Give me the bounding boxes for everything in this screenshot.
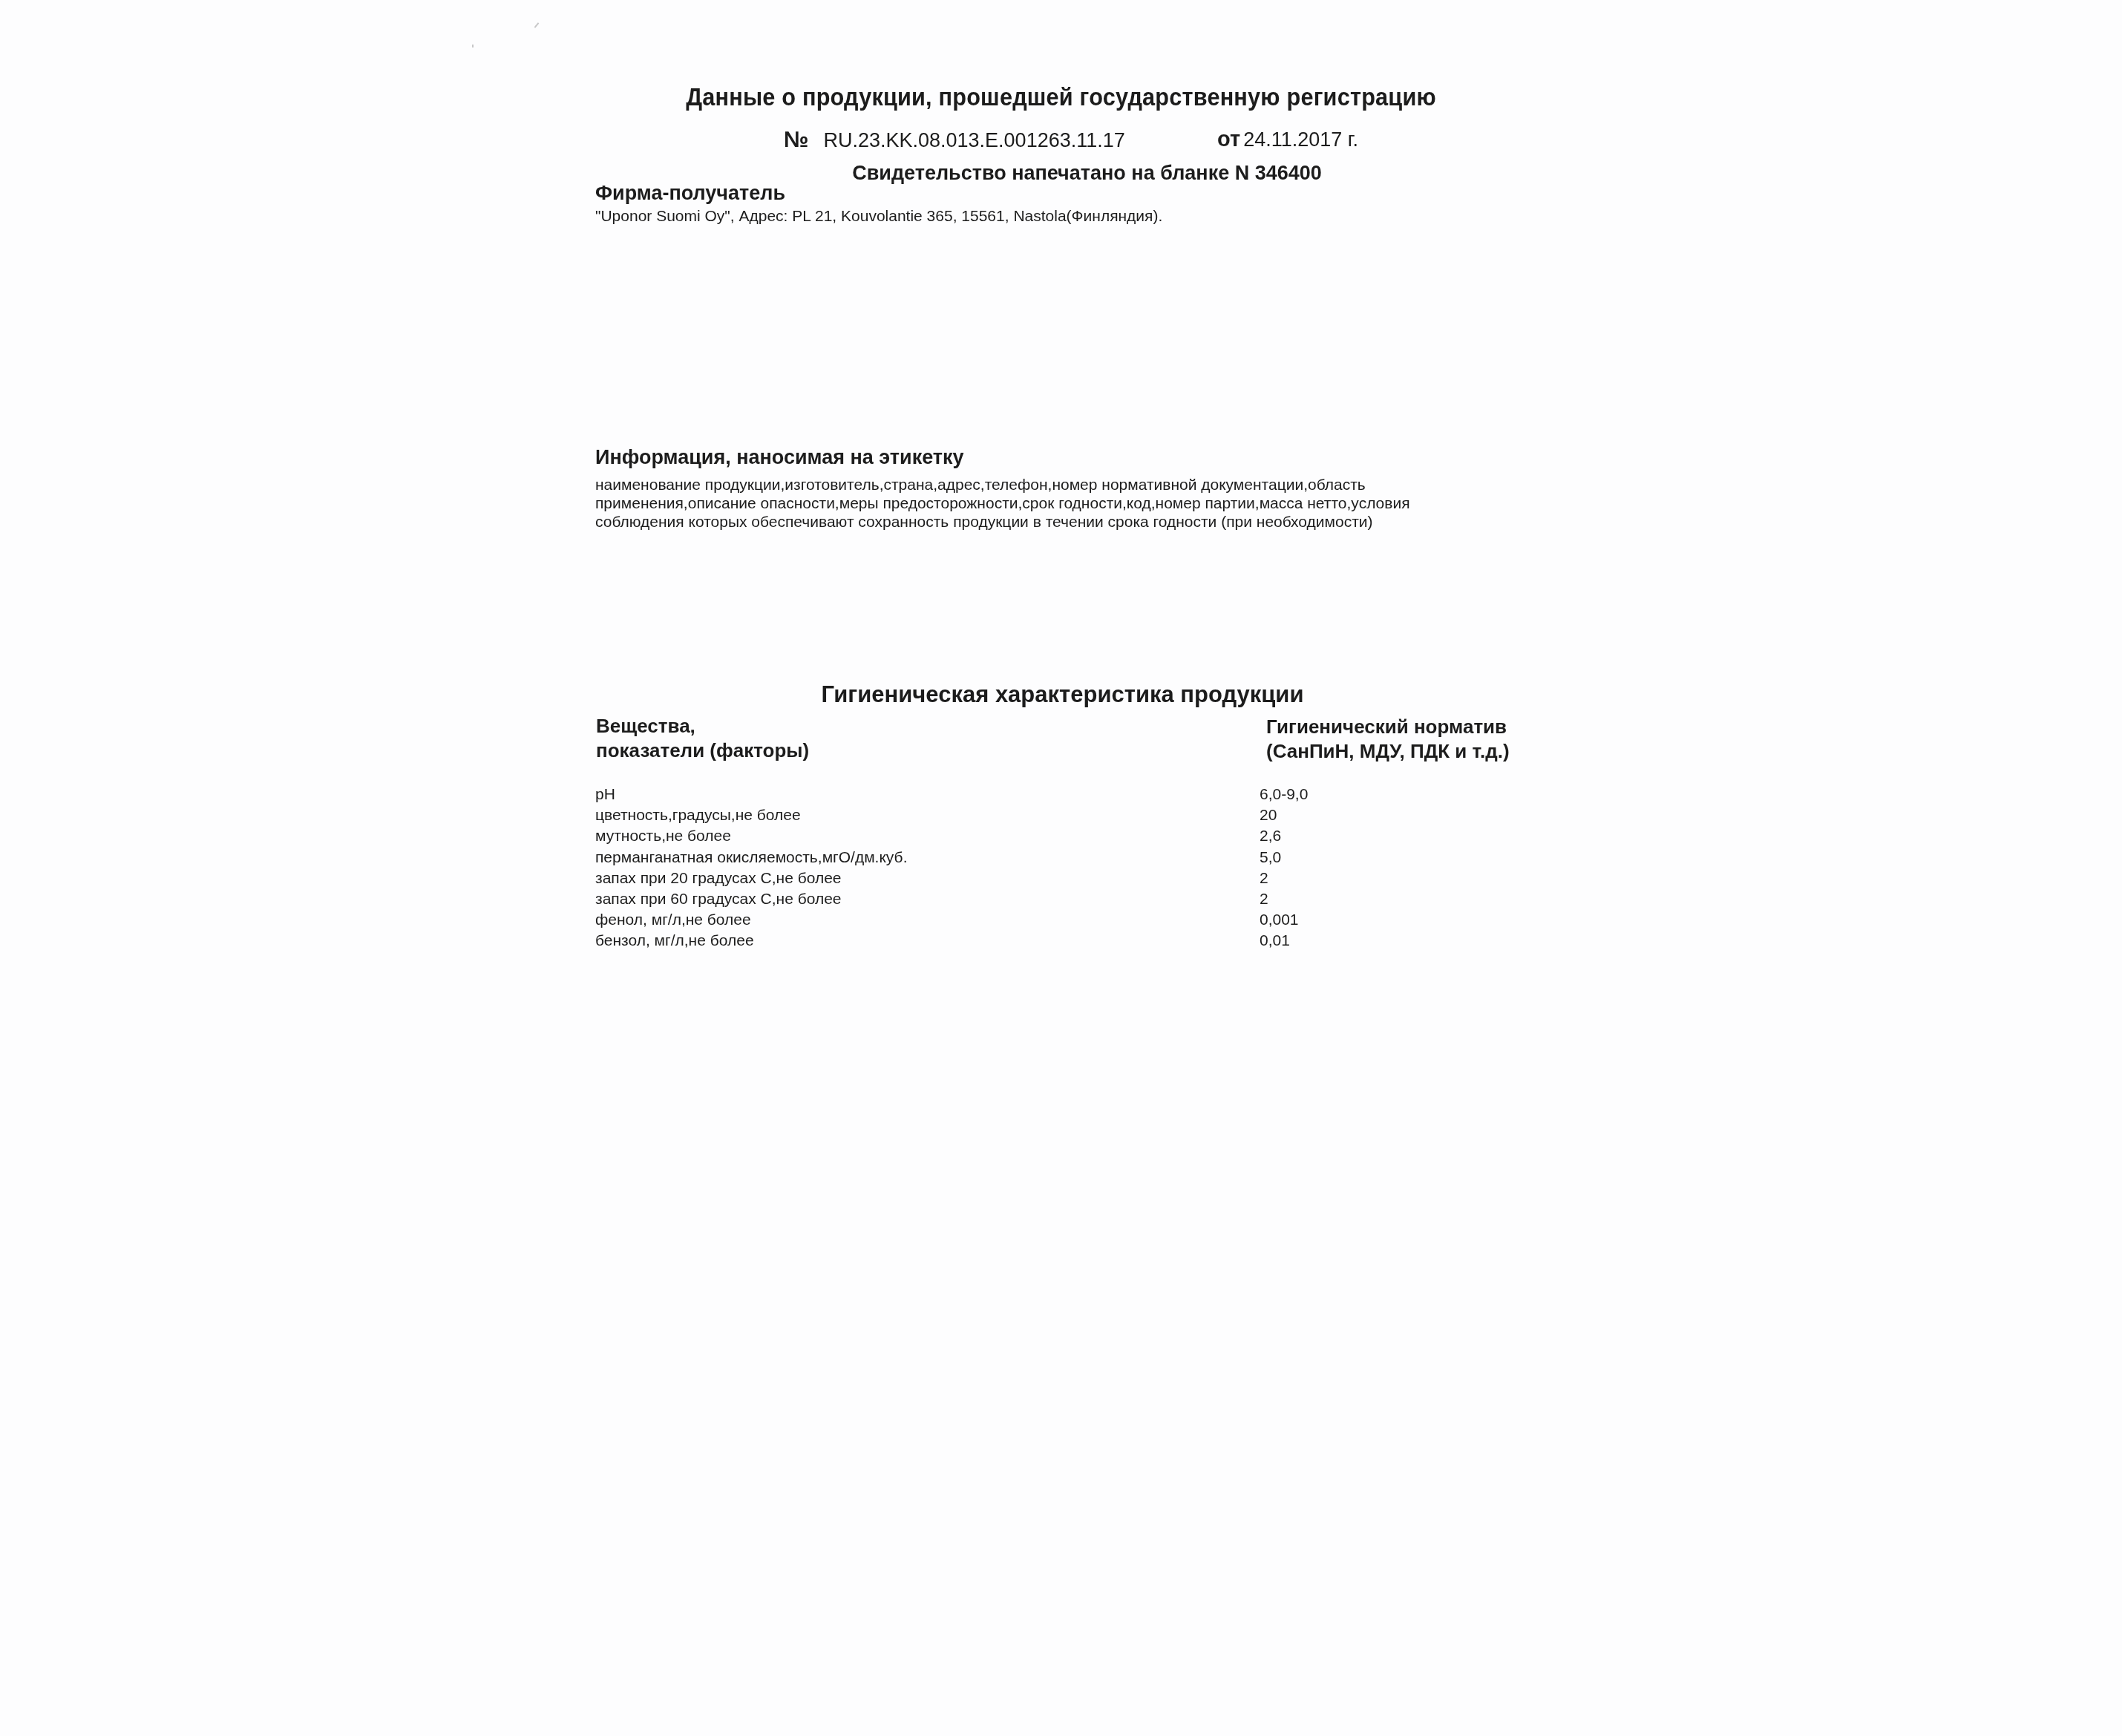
column-header-line: показатели (факторы) (596, 738, 809, 763)
blank-note: Свидетельство напечатано на бланке N 346… (0, 162, 2122, 185)
table-row: мутность,не более 2,6 (595, 826, 1486, 847)
value-cell: 2,6 (1258, 826, 1486, 847)
recipient-heading: Фирма-получатель (595, 182, 785, 205)
registration-number: RU.23.KK.08.013.E.001263.11.17 (823, 129, 1124, 152)
parameter-cell: цветность,градусы,не более (595, 805, 1258, 826)
document-title: Данные о продукции, прошедшей государств… (74, 83, 2048, 111)
scan-artifact (534, 22, 540, 27)
recipient-text: "Uponor Suomi Oy", Адрес: PL 21, Kouvola… (595, 208, 1162, 226)
number-sign: № (784, 128, 808, 153)
value-cell: 2 (1258, 889, 1486, 910)
hygiene-title: Гигиеническая характеристика продукции (0, 681, 2122, 708)
label-info-line: наименование продукции,изготовитель,стра… (595, 476, 1486, 494)
table-row: запах при 60 градусах С,не более 2 (595, 889, 1486, 910)
table-row: цветность,градусы,не более 20 (595, 805, 1486, 826)
label-info-line: применения,описание опасности,меры предо… (595, 494, 1486, 513)
label-info-text: наименование продукции,изготовитель,стра… (595, 476, 1486, 531)
parameter-cell: фенол, мг/л,не более (595, 910, 1258, 931)
parameter-cell: бензол, мг/л,не более (595, 931, 1258, 951)
date-label: от (1217, 128, 1240, 152)
column-header-line: Гигиенический норматив (1266, 715, 1510, 739)
value-cell: 20 (1258, 805, 1486, 826)
column-header-norm: Гигиенический норматив (СанПиН, МДУ, ПДК… (1266, 715, 1510, 764)
label-info-line: соблюдения которых обеспечивают сохранно… (595, 513, 1486, 531)
table-row: pH 6,0-9,0 (595, 785, 1486, 805)
value-cell: 0,01 (1258, 931, 1486, 951)
parameter-cell: перманганатная окисляемость,мгО/дм.куб. (595, 848, 1258, 868)
table-row: перманганатная окисляемость,мгО/дм.куб. … (595, 848, 1486, 868)
value-cell: 5,0 (1258, 848, 1486, 868)
column-header-line: (СанПиН, МДУ, ПДК и т.д.) (1266, 739, 1510, 764)
parameter-cell: запах при 60 градусах С,не более (595, 889, 1258, 910)
value-cell: 0,001 (1258, 910, 1486, 931)
table-row: запах при 20 градусах С,не более 2 (595, 868, 1486, 889)
value-cell: 6,0-9,0 (1258, 785, 1486, 805)
parameter-cell: pH (595, 785, 1258, 805)
parameter-cell: мутность,не более (595, 826, 1258, 847)
column-header-line: Вещества, (596, 714, 809, 738)
table-row: фенол, мг/л,не более 0,001 (595, 910, 1486, 931)
column-header-substances: Вещества, показатели (факторы) (596, 714, 809, 763)
label-info-heading: Информация, наносимая на этикетку (595, 446, 964, 469)
document-page: Данные о продукции, прошедшей государств… (0, 0, 2122, 1736)
value-cell: 2 (1258, 868, 1486, 889)
registration-date: 24.11.2017 г. (1243, 128, 1358, 151)
table-row: бензол, мг/л,не более 0,01 (595, 931, 1486, 951)
hygiene-table: pH 6,0-9,0 цветность,градусы,не более 20… (595, 785, 1486, 952)
parameter-cell: запах при 20 градусах С,не более (595, 868, 1258, 889)
scan-artifact (472, 45, 474, 48)
registration-date-line: от 24.11.2017 г. (1217, 128, 1358, 152)
registration-number-line: № RU.23.KK.08.013.E.001263.11.17 (784, 128, 1125, 153)
